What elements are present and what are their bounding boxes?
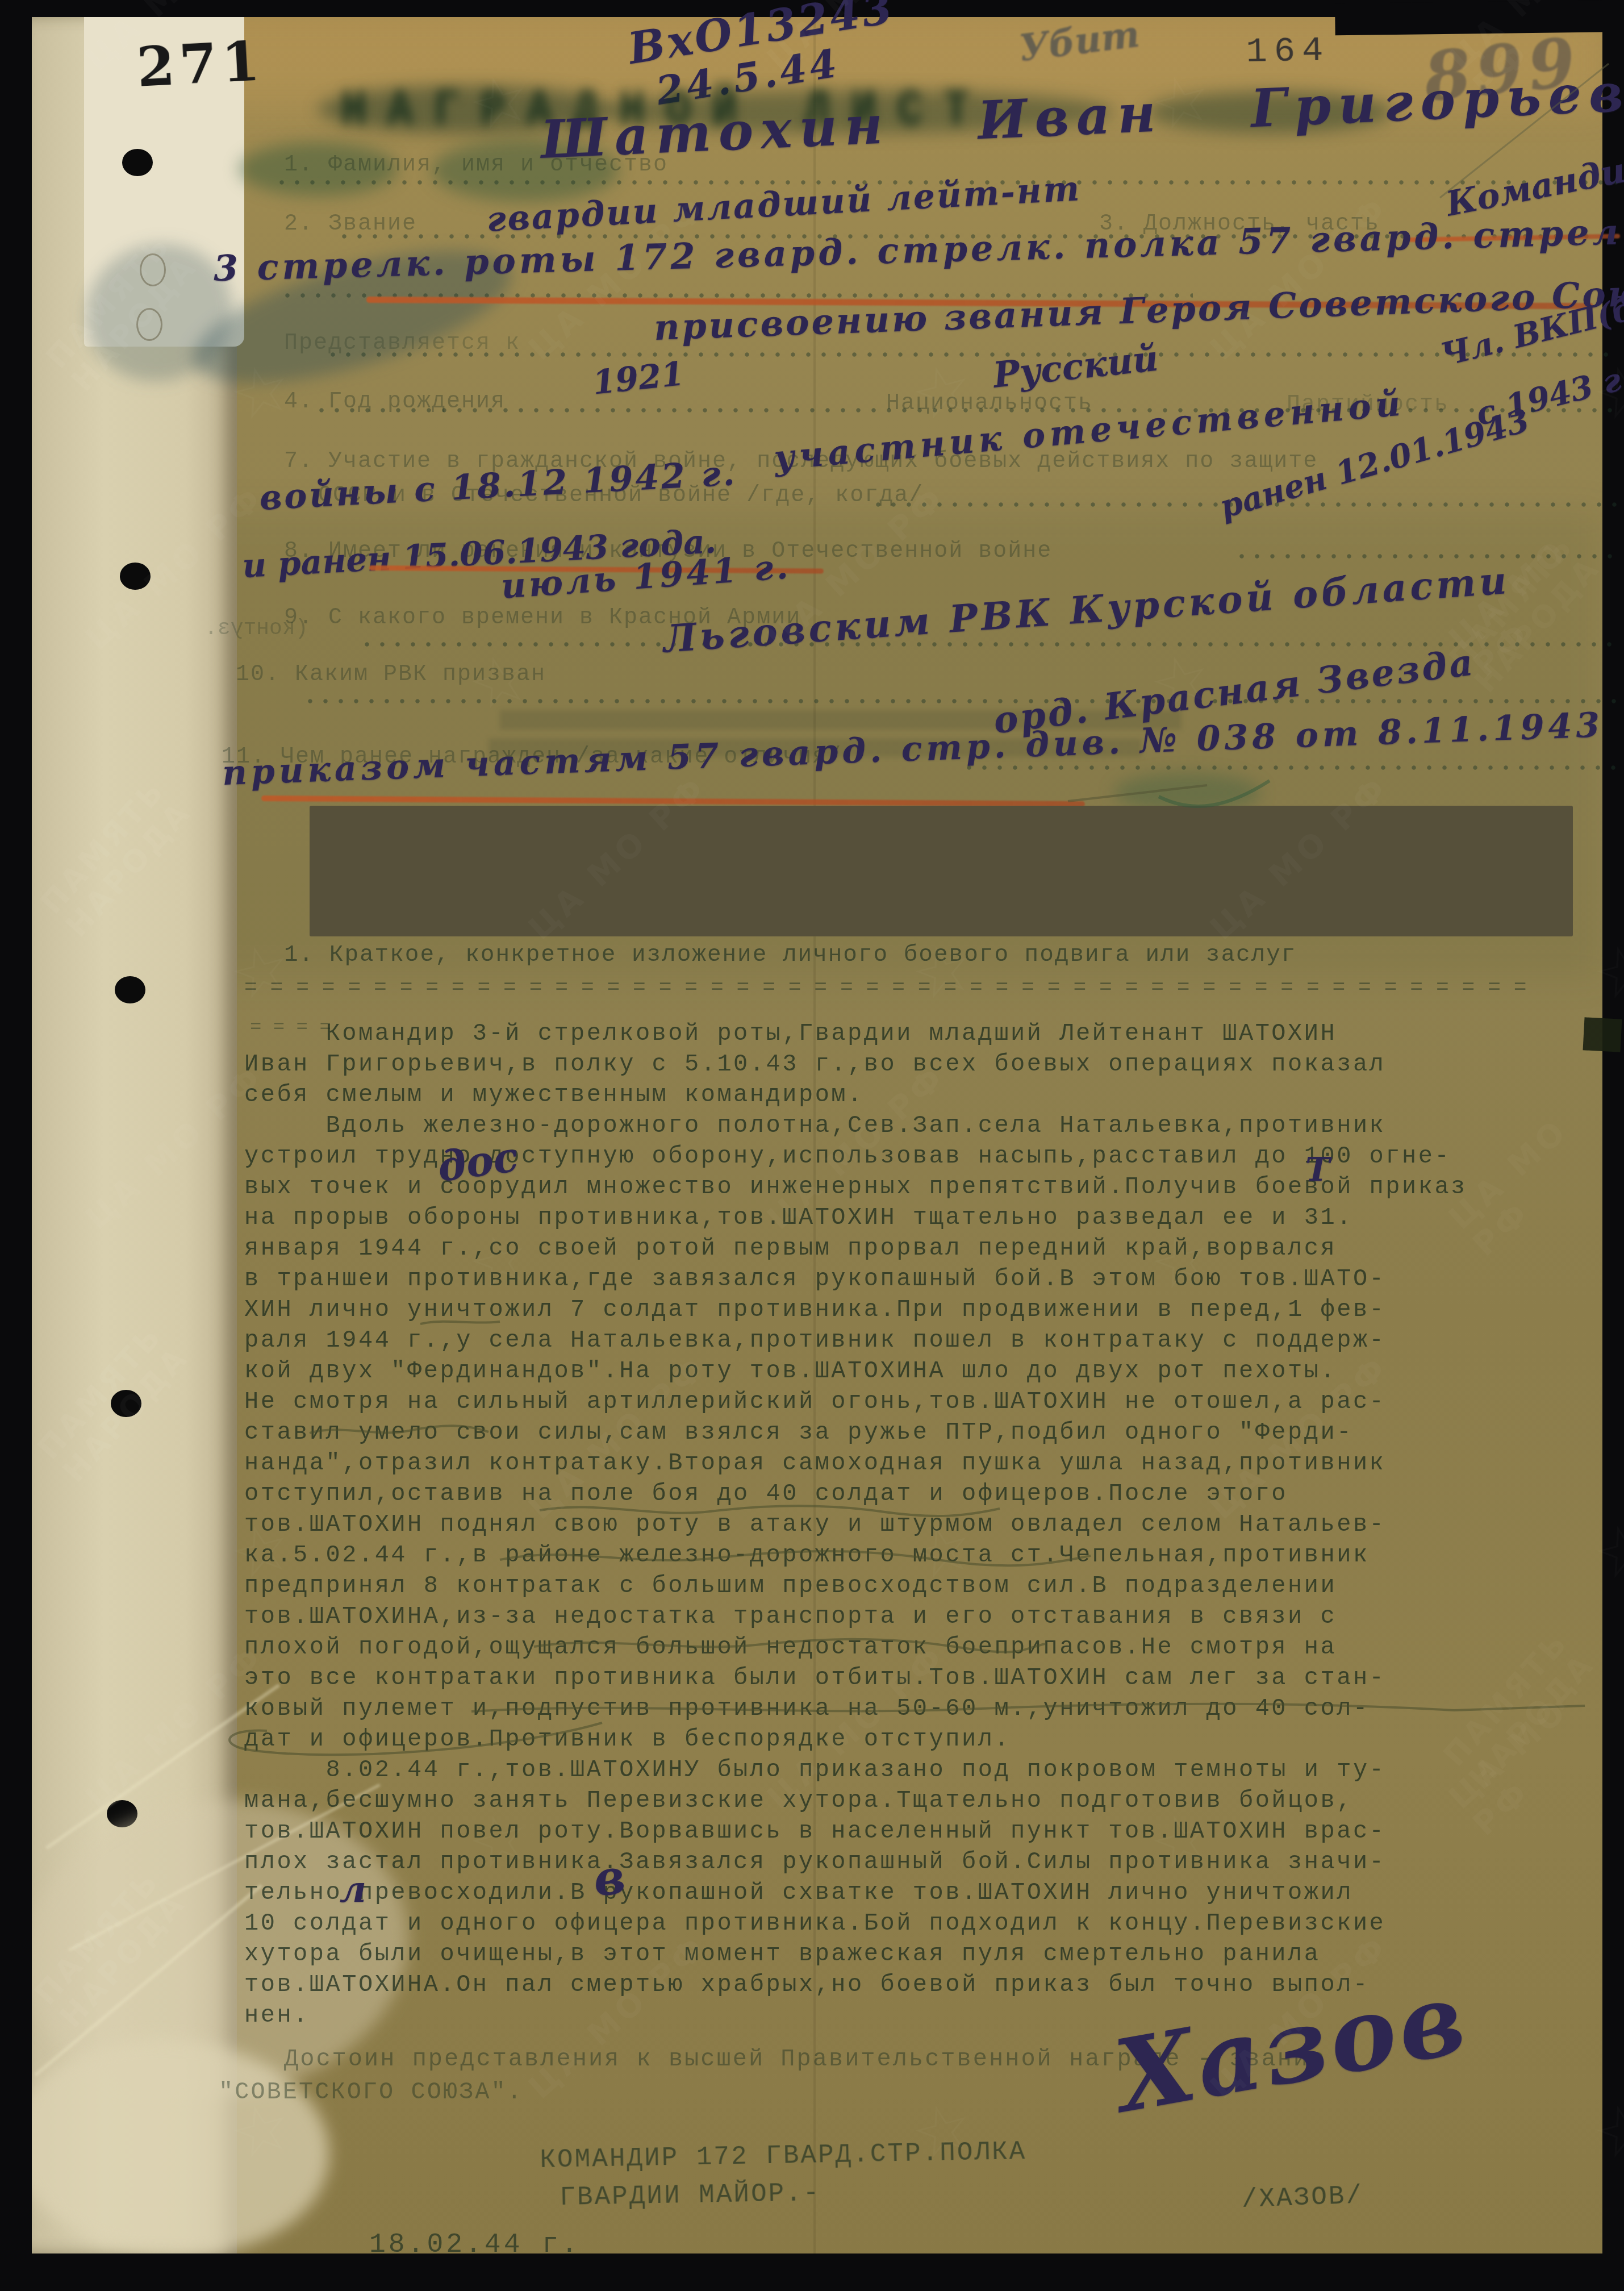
watermark-archive-text: ЦА МО РФ: [1443, 1089, 1624, 1264]
watermark-archive-text: ЦА МО РФ: [761, 0, 953, 78]
watermark-archive-text: ЦА МО РФ: [761, 480, 953, 657]
watermark-archive-text: ЦА МО РФ: [761, 1639, 953, 1817]
watermark-star-icon: ☆: [903, 348, 982, 438]
watermark-star-icon: ☆: [1142, 638, 1221, 727]
watermark-star-icon: ☆: [1142, 1217, 1221, 1307]
watermark-archive-text: ЦА МО РФ: [1204, 769, 1396, 947]
watermark-star-icon: ☆: [903, 927, 982, 1017]
watermark-star-icon: ☆: [222, 927, 300, 1017]
watermark-portal-text: ПАМЯТЬ НАРОДА: [1443, 527, 1608, 699]
watermark-star-icon: ☆: [903, 1507, 982, 1597]
watermark-portal-text: ПАМЯТЬ НАРОДА: [40, 226, 204, 398]
scanned-award-document: 271 ВхО13243 24.5.44 Убит 164 899 НАГРАД…: [0, 0, 1624, 2291]
watermark-portal-text: ПАМЯТЬ НАРОДА: [28, 1863, 193, 2035]
watermark-star-icon: ☆: [1585, 1507, 1624, 1597]
watermark-archive-text: ЦА МО РФ: [1443, 1669, 1624, 1843]
watermark-portal-text: ПАМЯТЬ НАРОДА: [31, 1317, 196, 1489]
watermark-archive-text: ЦА МО РФ: [1443, 510, 1624, 684]
watermark-archive-text: ЦА МО РФ: [80, 1059, 272, 1237]
watermark-archive-text: ЦА МО РФ: [523, 1349, 715, 1527]
watermark-archive-text: ЦА МО РФ: [523, 1928, 715, 2106]
watermark-archive-text: ЦА МО РФ: [1204, 1928, 1396, 2106]
watermark-star-icon: ☆: [1585, 348, 1624, 438]
watermark-star-icon: ☆: [903, 2086, 982, 2176]
watermark-star-icon: ☆: [460, 638, 539, 727]
watermark-layer: ЦА МО РФ☆ЦА МО РФ☆ЦА МО РФ☆ЦА МО РФ☆ЦА М…: [0, 0, 1624, 2291]
watermark-archive-text: ЦА МО РФ: [1443, 0, 1624, 104]
watermark-archive-text: ЦА МО РФ: [761, 1059, 953, 1237]
watermark-archive-text: ЦА МО РФ: [1204, 190, 1396, 368]
watermark-star-icon: ☆: [1585, 2086, 1624, 2176]
watermark-star-icon: ☆: [460, 1217, 539, 1307]
watermark-archive-text: ЦА МО РФ: [1204, 1349, 1396, 1527]
watermark-archive-text: ЦА МО РФ: [80, 0, 272, 78]
watermark-star-icon: ☆: [222, 348, 300, 438]
watermark-star-icon: ☆: [460, 1797, 539, 1886]
watermark-star-icon: ☆: [1142, 1797, 1221, 1886]
watermark-portal-text: ПАМЯТЬ НАРОДА: [1437, 1624, 1602, 1796]
watermark-star-icon: ☆: [1585, 927, 1624, 1017]
watermark-archive-text: ЦА МО РФ: [80, 1639, 272, 1817]
watermark-archive-text: ЦА МО РФ: [80, 480, 272, 657]
watermark-portal-text: ПАМЯТЬ НАРОДА: [34, 772, 199, 944]
watermark-star-icon: ☆: [460, 58, 539, 148]
watermark-star-icon: ☆: [222, 1507, 300, 1597]
watermark-star-icon: ☆: [222, 2086, 300, 2176]
watermark-archive-text: ЦА МО РФ: [523, 190, 715, 368]
watermark-star-icon: ☆: [1142, 58, 1221, 148]
watermark-archive-text: ЦА МО РФ: [523, 769, 715, 947]
